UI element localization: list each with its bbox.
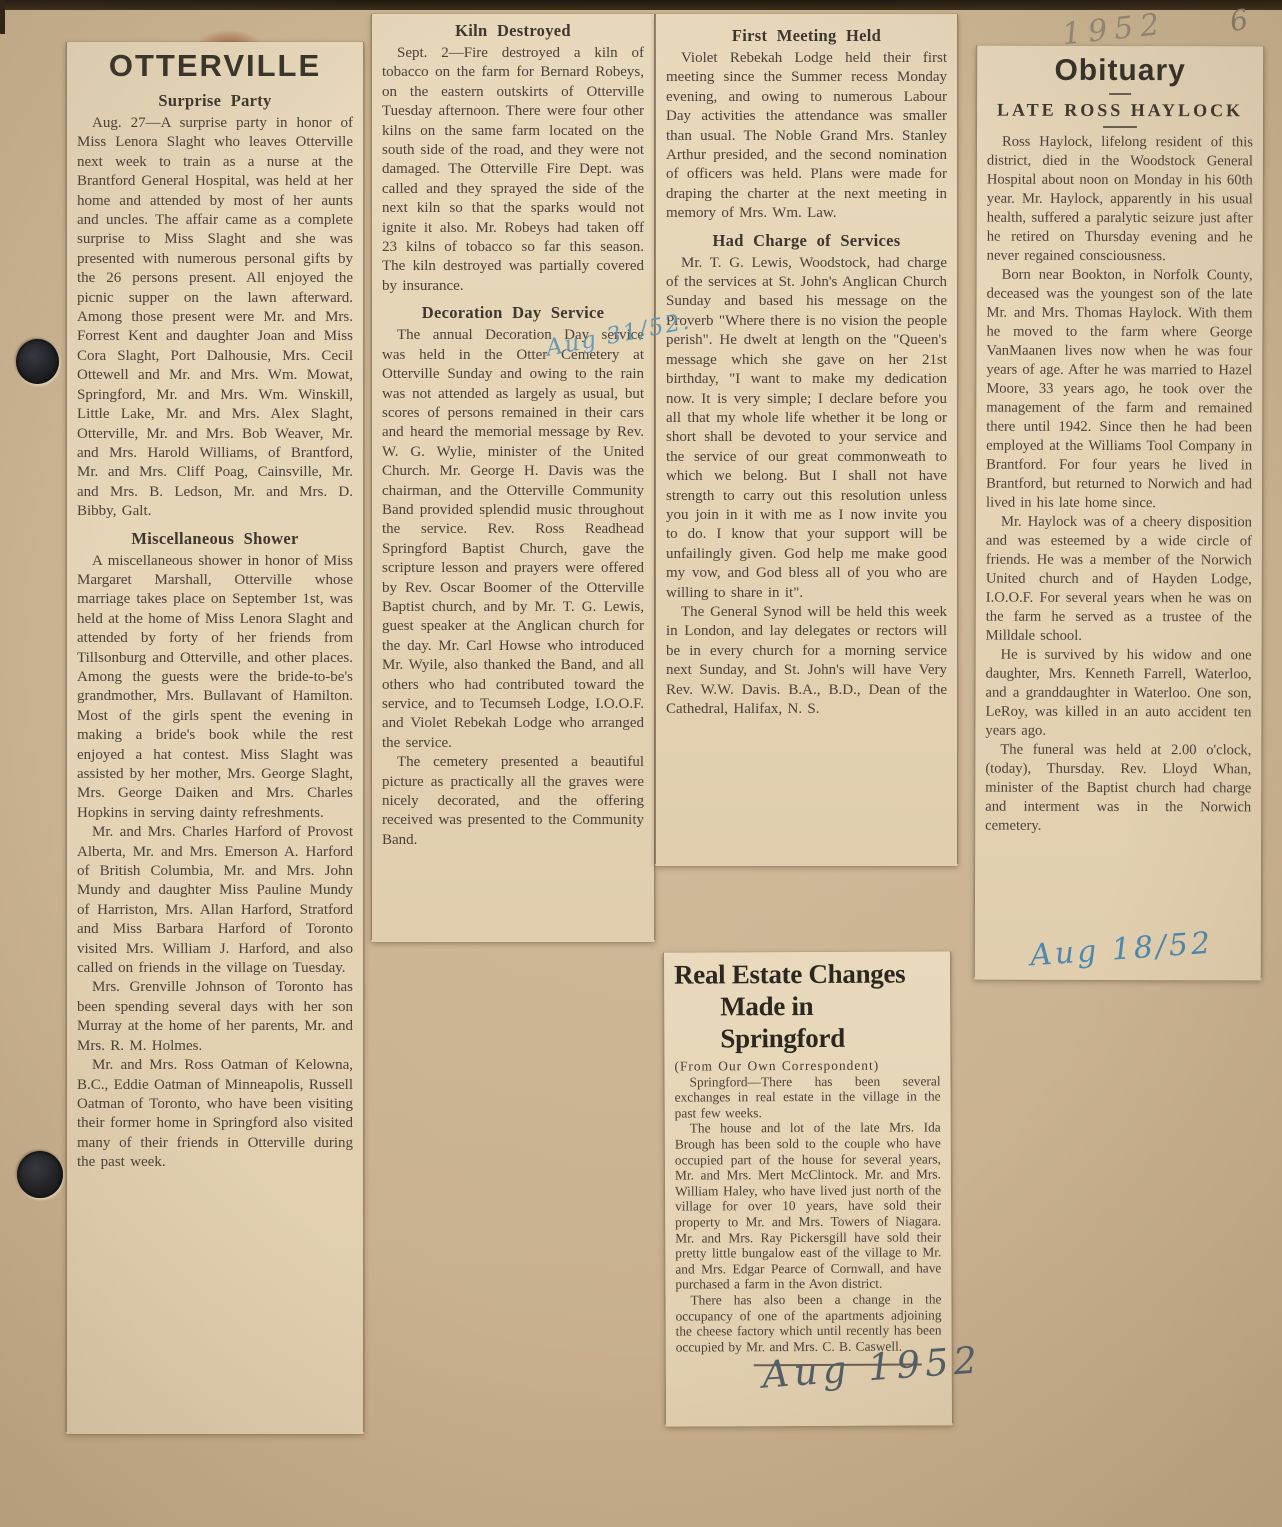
paragraph: Sept. 2—Fire destroyed a kiln of tobacco… [382, 44, 644, 296]
clipping-title-obituary: Obituary [987, 54, 1253, 89]
paragraph: Violet Rebekah Lodge held their first me… [666, 49, 947, 224]
paragraph: The cemetery presented a beautiful pictu… [382, 753, 644, 850]
real-estate-title-line2: Made in Springford [674, 989, 940, 1054]
clipping-kiln-destroyed: Kiln Destroyed Sept. 2—Fire destroyed a … [371, 14, 655, 942]
divider [1109, 93, 1131, 95]
paragraph: The funeral was held at 2.00 o'clock, (t… [985, 741, 1251, 837]
page-top-edge [0, 0, 1282, 10]
paragraph: Aug. 27—A surprise party in honor of Mis… [77, 114, 353, 522]
section-heading-surprise-party: Surprise Party [77, 91, 353, 111]
clipping-otterville: OTTERVILLE Surprise Party Aug. 27—A surp… [66, 42, 364, 1434]
clipping-first-meeting: First Meeting Held Violet Rebekah Lodge … [655, 14, 958, 866]
paragraph: A miscellaneous shower in honor of Miss … [77, 552, 353, 824]
page-left-edge [0, 0, 5, 34]
section-heading-decoration-day: Decoration Day Service [382, 303, 644, 323]
paragraph: Mrs. Grenville Johnson of Toronto has be… [77, 978, 353, 1056]
paragraph: Mr. T. G. Lewis, Woodstock, had charge o… [666, 254, 947, 603]
hole-punch-bottom [17, 1151, 63, 1198]
divider [1103, 126, 1137, 128]
hole-punch-top [16, 339, 59, 384]
end-rule [754, 1364, 922, 1367]
real-estate-title-line1: Real Estate Changes [674, 959, 905, 990]
paragraph: Mr. and Mrs. Charles Harford of Provost … [77, 823, 353, 978]
paragraph: He is survived by his widow and one daug… [985, 646, 1251, 742]
paragraph: Ross Haylock, lifelong resident of this … [987, 133, 1253, 267]
section-heading-first-meeting: First Meeting Held [666, 26, 947, 46]
clipping-obituary: Obituary LATE ROSS HAYLOCK Ross Haylock,… [974, 46, 1264, 981]
paragraph: Mr. Haylock was of a cheery disposition … [986, 513, 1252, 647]
section-heading-miscellaneous-shower: Miscellaneous Shower [77, 529, 353, 549]
paragraph: The General Synod will be held this week… [666, 603, 947, 719]
section-heading-kiln-destroyed: Kiln Destroyed [382, 21, 644, 41]
byline: (From Our Own Correspondent) [674, 1057, 940, 1074]
clipping-real-estate: Real Estate ChangesMade in Springford (F… [663, 951, 953, 1426]
paragraph: The annual Decoration Day service was he… [382, 326, 644, 753]
scrapbook-page: 1952 6 OTTERVILLE Surprise Party Aug. 27… [0, 0, 1282, 1527]
paragraph: There has also been a change in the occu… [675, 1291, 941, 1355]
paragraph: Springford—There has been several exchan… [674, 1073, 940, 1121]
clipping-title-real-estate: Real Estate ChangesMade in Springford [674, 957, 940, 1054]
section-heading-had-charge: Had Charge of Services [666, 231, 947, 251]
paragraph: The house and lot of the late Mrs. Ida B… [675, 1120, 942, 1293]
paragraph: Mr. and Mrs. Ross Oatman of Kelowna, B.C… [77, 1056, 353, 1172]
paragraph: Born near Bookton, in Norfolk County, de… [986, 266, 1253, 514]
obituary-subtitle: LATE ROSS HAYLOCK [987, 100, 1253, 122]
clipping-title-otterville: OTTERVILLE [77, 48, 353, 84]
